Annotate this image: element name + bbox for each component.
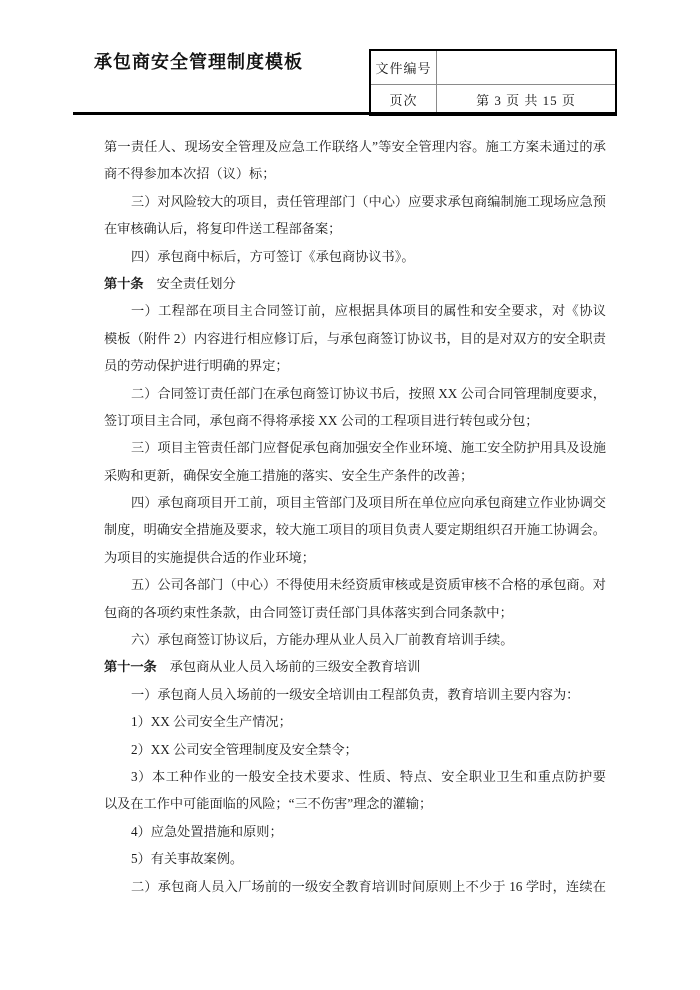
body-line: 在审核确认后，将复印件送工程部备案；	[104, 215, 606, 242]
body-line: 包商的各项约束性条款，由合同签订责任部门具体落实到合同条款中；	[104, 599, 606, 626]
body-line: 5）有关事故案例。	[104, 845, 606, 872]
body-line: 六）承包商签订协议后，方能办理从业人员入厂前教育培训手续。	[104, 626, 606, 653]
body-line: 五）公司各部门（中心）不得使用未经资质审核或是资质审核不合格的承包商。对承	[104, 571, 606, 598]
body-line: 4）应急处置措施和原则；	[104, 818, 606, 845]
body-line: 为项目的实施提供合适的作业环境；	[104, 544, 606, 571]
body-line: 制度，明确安全措施及要求，较大施工项目的项目负责人要定期组织召开施工协调会。应	[104, 516, 606, 543]
page-number-value: 第 3 页 共 15 页	[437, 85, 615, 114]
section-heading-article-11: 第十一条承包商从业人员入场前的三级安全教育培训	[104, 653, 606, 680]
body-line: 商不得参加本次招（议）标；	[104, 160, 606, 187]
article-title-text: 承包商从业人员入场前的三级安全教育培训	[170, 659, 421, 674]
body-line: 四）承包商项目开工前，项目主管部门及项目所在单位应向承包商建立作业协调交流	[104, 489, 606, 516]
document-title: 承包商安全管理制度模板	[94, 48, 303, 74]
body-line: 员的劳动保护进行明确的界定；	[104, 352, 606, 379]
article-title-text: 安全责任划分	[157, 276, 236, 291]
body-line: 二）承包商人员入厂场前的一级安全教育培训时间原则上不少于 16 学时，连续在	[104, 873, 606, 900]
body-line: 四）承包商中标后，方可签订《承包商协议书》。	[104, 243, 606, 270]
document-body: 第一责任人、现场安全管理及应急工作联络人”等安全管理内容。施工方案未通过的承包 …	[104, 133, 606, 900]
file-number-label: 文件编号	[371, 51, 437, 85]
document-page: 承包商安全管理制度模板 文件编号 页次 第 3 页 共 15 页 第一责任人、现…	[0, 0, 700, 990]
body-line: 三）项目主管责任部门应督促承包商加强安全作业环境、施工安全防护用具及设施的	[104, 434, 606, 461]
body-line: 三）对风险较大的项目，责任管理部门（中心）应要求承包商编制施工现场应急预案，	[104, 188, 606, 215]
body-line: 3）本工种作业的一般安全技术要求、性质、特点、安全职业卫生和重点防护要求、	[104, 763, 606, 790]
section-heading-article-10: 第十条安全责任划分	[104, 270, 606, 297]
page-number-label: 页次	[371, 85, 437, 114]
body-line: 模板（附件 2）内容进行相应修订后，与承包商签订协议书，目的是对双方的安全职责及…	[104, 325, 606, 352]
body-line: 2）XX 公司安全管理制度及安全禁令；	[104, 736, 606, 763]
file-number-value	[437, 51, 615, 85]
document-header: 承包商安全管理制度模板 文件编号 页次 第 3 页 共 15 页	[0, 0, 700, 116]
body-line: 一）工程部在项目主合同签订前，应根据具体项目的属性和安全要求，对《协议书》	[104, 297, 606, 324]
body-line: 二）合同签订责任部门在承包商签订协议书后，按照 XX 公司合同管理制度要求，随后	[104, 380, 606, 407]
body-line: 1）XX 公司安全生产情况；	[104, 708, 606, 735]
body-line: 以及在工作中可能面临的风险；“三不伤害”理念的灌输；	[104, 790, 606, 817]
body-line: 采购和更新，确保安全施工措施的落实、安全生产条件的改善；	[104, 462, 606, 489]
document-info-table: 文件编号 页次 第 3 页 共 15 页	[369, 49, 617, 116]
article-number-label: 第十条	[104, 276, 144, 291]
header-divider-rule	[73, 112, 617, 115]
body-line: 一）承包商人员入场前的一级安全培训由工程部负责，教育培训主要内容为：	[104, 681, 606, 708]
body-line: 签订项目主合同，承包商不得将承接 XX 公司的工程项目进行转包或分包；	[104, 407, 606, 434]
body-line: 第一责任人、现场安全管理及应急工作联络人”等安全管理内容。施工方案未通过的承包	[104, 133, 606, 160]
article-number-label: 第十一条	[104, 659, 157, 674]
